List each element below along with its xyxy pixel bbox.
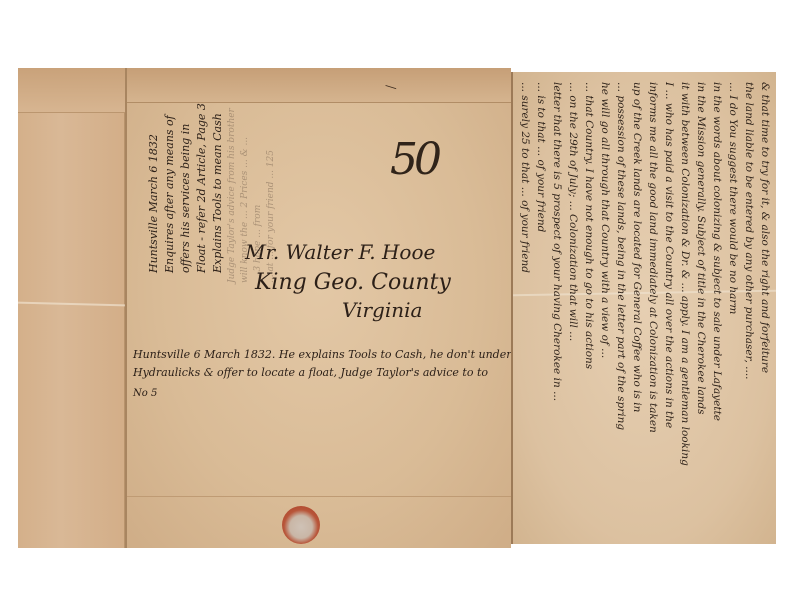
- left-top-flap: [18, 68, 125, 113]
- body-line: he will go all through that Country with…: [599, 82, 611, 358]
- vertical-note-4: Float - refer 2d Article, Page 3: [195, 103, 208, 273]
- vertical-note-2: Enquires after any means of: [163, 115, 176, 273]
- letter-photo: / Huntsville March 6 1832 Enquires after…: [18, 68, 780, 548]
- paper-crease: [18, 302, 125, 307]
- body-line: ... I do You suggest there would be no h…: [727, 82, 739, 314]
- body-line: ... surely 25 to that ... of your friend: [519, 82, 531, 273]
- body-line: informs me all the good land immediately…: [647, 82, 659, 433]
- body-line: it with between Colonization & Dr. & ...…: [679, 82, 691, 466]
- body-line: ... on the 29th of July; ... Colonizatio…: [567, 82, 579, 341]
- letter-body-text: & that time to try for it, & also the ri…: [513, 72, 776, 544]
- address-state: Virginia: [342, 298, 422, 322]
- body-line: & that time to try for it, & also the ri…: [759, 82, 771, 373]
- bottom-fold-line: [127, 496, 511, 497]
- body-line: ... possession of these lands, being in …: [615, 82, 627, 430]
- body-line: the land liable to be entered by any oth…: [743, 82, 755, 380]
- address-recipient: Mr. Walter F. Hooe: [245, 240, 435, 264]
- vertical-note-5: Explains Tools to mean Cash: [211, 113, 224, 273]
- body-line: ... is to that ... of your friend: [535, 82, 547, 232]
- body-line: letter that there is 5 prospect of your …: [551, 82, 563, 401]
- vertical-note-3: offers his services being in: [179, 124, 192, 273]
- body-line: I ... who has paid a visit to the Countr…: [663, 82, 675, 428]
- docket-line-3: No 5: [133, 388, 157, 399]
- postage-rate: 50: [390, 134, 438, 185]
- docket-line-1: Huntsville 6 March 1832. He explains Too…: [133, 348, 542, 361]
- body-line: in the Mission generally. Subject of tit…: [695, 82, 707, 415]
- vertical-note-1: Huntsville March 6 1832: [147, 134, 160, 273]
- left-fold-panel: [18, 68, 125, 548]
- docket-line-2: Hydraulicks & offer to locate a float, J…: [133, 366, 488, 379]
- address-panel: / Huntsville March 6 1832 Enquires after…: [125, 68, 511, 548]
- body-line: up of the Creek lands are located for Ge…: [631, 82, 643, 412]
- address-county: King Geo. County: [255, 270, 451, 295]
- faint-note-1: Judge Taylor's advice from his brother: [227, 108, 237, 283]
- top-flap: [127, 68, 511, 103]
- body-line: ... that Country. I have not enough to g…: [583, 82, 595, 369]
- body-line: in the words about colonizing & subject …: [711, 82, 723, 421]
- wax-seal: [282, 506, 320, 544]
- letter-body-panel: & that time to try for it, & also the ri…: [511, 72, 776, 544]
